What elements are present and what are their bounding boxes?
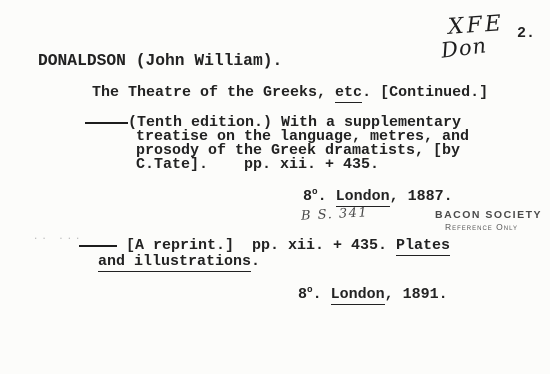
handwritten-shelfmark: B S. 341 [301,205,369,223]
format-number: 8 [303,188,312,205]
author-heading: DONALDSON (John William). [38,53,282,68]
entry2-line1: [A reprint.] pp. xii. + 435. Plates [126,238,450,253]
entry1-line4: C.Tate]. pp. xii. + 435. [136,157,379,172]
entry2-illustrations-underlined: and illustrations [98,253,251,272]
handwritten-classmark-line2: Don [440,33,489,62]
paper-noise-specks [0,0,1,1]
card-number: 2. [517,26,535,41]
entry2-line2-period: . [251,253,260,270]
format-separator: . [313,286,331,303]
format-separator: . [318,188,336,205]
bacon-society-stamp: BACON SOCIETY Reference Only [435,209,542,232]
format-number: 8 [298,286,307,303]
entry2-imprint: 8o. London, 1891. [298,287,448,302]
entry1-imprint: 8o. London, 1887. [303,189,453,204]
title-etc-underlined: etc [335,84,362,103]
work-title: The Theatre of the Greeks, etc. [Continu… [92,85,488,100]
imprint-place-underlined: London [331,286,385,305]
entry2-line2: and illustrations. [98,254,260,269]
imprint-year: , 1887. [390,188,453,205]
stamp-line2: Reference Only [445,222,542,232]
imprint-year: , 1891. [385,286,448,303]
title-continued: . [Continued.] [362,84,488,101]
continuation-dash [85,122,128,124]
imprint-place-underlined: London [336,188,390,207]
entry2-text: [A reprint.] pp. xii. + 435. [126,237,396,254]
title-text: The Theatre of the Greeks, [92,84,335,101]
faint-pencil-dots: ·· ··· [33,234,83,244]
continuation-dash [79,245,117,247]
entry2-plates-underlined: Plates [396,237,450,256]
stamp-line1: BACON SOCIETY [435,209,542,221]
library-catalog-card: XFE Don 2. DONALDSON (John William). The… [0,0,550,374]
